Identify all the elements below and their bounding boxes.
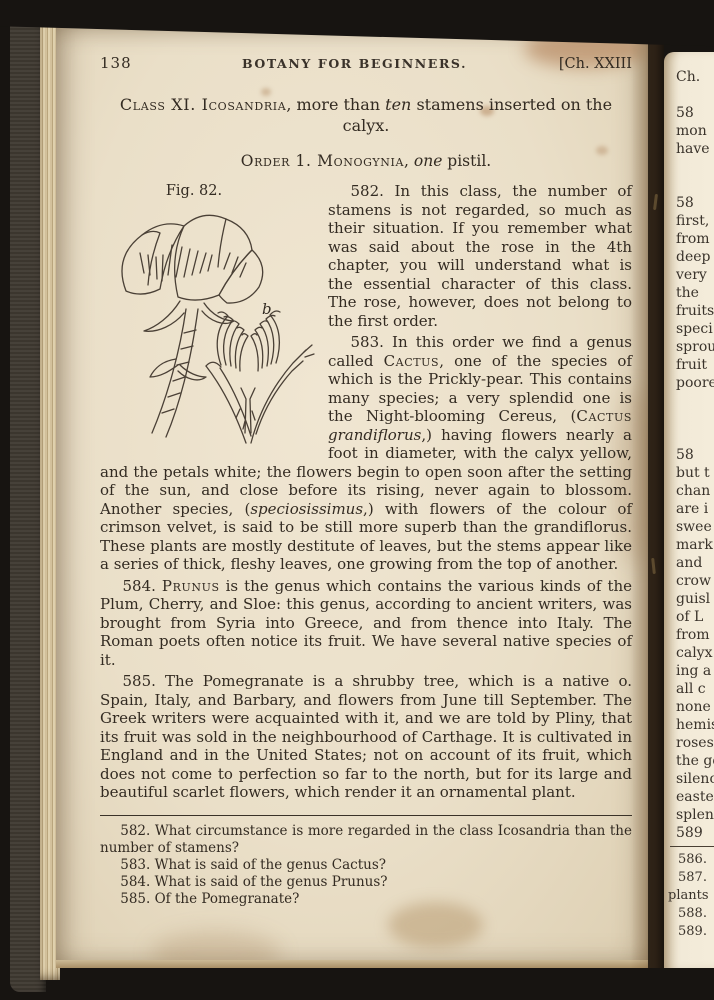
text-line: deep bbox=[676, 248, 714, 266]
text-line: mark bbox=[676, 536, 714, 554]
text-line: are i bbox=[676, 500, 714, 518]
text-line: speci bbox=[676, 320, 714, 338]
class-heading: Class XI. Icosandria, more than ten stam… bbox=[114, 94, 619, 136]
footnote-rule bbox=[100, 815, 632, 816]
text-line: fruit bbox=[676, 356, 714, 374]
questions-list: 582. What circumstance is more regarded … bbox=[100, 823, 632, 908]
paper-stain bbox=[388, 902, 483, 948]
text-line bbox=[676, 410, 714, 428]
text-line: 589 bbox=[676, 824, 714, 842]
text-line: have bbox=[676, 140, 714, 158]
text-line: 58 bbox=[676, 194, 714, 212]
question-item: 585. Of the Pomegranate? bbox=[100, 891, 632, 908]
page-header: 138 BOTANY FOR BEGINNERS. [Ch. XXIII bbox=[100, 54, 632, 74]
binding-thread bbox=[651, 558, 656, 574]
text-line: the go bbox=[676, 752, 714, 770]
paragraph-584: 584. Prunus is the genus which contains … bbox=[100, 577, 632, 670]
text-line: calyx bbox=[676, 644, 714, 662]
text-line bbox=[676, 86, 714, 104]
text-line: from bbox=[676, 230, 714, 248]
text-line: ing a bbox=[676, 662, 714, 680]
text-line bbox=[676, 428, 714, 446]
text-line: Ch. bbox=[676, 68, 714, 86]
text-line: splen bbox=[676, 806, 714, 824]
text-line: 58 bbox=[676, 104, 714, 122]
order-heading: Order 1. Monogynia, one pistil. bbox=[100, 152, 632, 171]
question-item: 583. What is said of the genus Cactus? bbox=[100, 857, 632, 874]
text-line: 586. bbox=[678, 851, 714, 869]
text-line: 588. bbox=[678, 905, 714, 923]
left-page: 138 BOTANY FOR BEGINNERS. [Ch. XXIII Cla… bbox=[56, 26, 648, 968]
page-content: 138 BOTANY FOR BEGINNERS. [Ch. XXIII Cla… bbox=[56, 26, 648, 908]
text-line: plants bbox=[668, 887, 714, 905]
page-bottom-edge bbox=[56, 960, 648, 968]
flower-illustration bbox=[100, 203, 318, 451]
body-text: Fig. 82. bbox=[100, 182, 632, 802]
text-line: but t bbox=[676, 464, 714, 482]
text-line: all c bbox=[676, 680, 714, 698]
text-line: fruits bbox=[676, 302, 714, 320]
book-photo: 138 BOTANY FOR BEGINNERS. [Ch. XXIII Cla… bbox=[0, 0, 714, 1000]
binding-thread bbox=[653, 194, 658, 210]
text-line: of L bbox=[676, 608, 714, 626]
next-page-sliver: Ch.58monhave58first,fromdeepverythefruit… bbox=[664, 52, 714, 968]
page-number: 138 bbox=[100, 54, 172, 73]
figure-part-label: b bbox=[262, 300, 272, 319]
text-line: silenc bbox=[676, 770, 714, 788]
text-line: first, bbox=[676, 212, 714, 230]
text-line: very bbox=[676, 266, 714, 284]
page-gutter bbox=[630, 26, 664, 968]
text-line: the bbox=[676, 284, 714, 302]
text-line: hemis bbox=[676, 716, 714, 734]
text-line: easter bbox=[676, 788, 714, 806]
text-line: mon bbox=[676, 122, 714, 140]
figure-label: Fig. 82. bbox=[100, 182, 288, 201]
chapter-reference: [Ch. XXIII bbox=[537, 55, 632, 74]
question-item: 582. What circumstance is more regarded … bbox=[100, 823, 632, 857]
text-line: chan bbox=[676, 482, 714, 500]
next-page-footnote-rule bbox=[670, 846, 714, 847]
text-line: from bbox=[676, 626, 714, 644]
text-line: poore bbox=[676, 374, 714, 392]
next-page-footnote-fragments: 586.587.plants588.589. bbox=[664, 851, 714, 941]
next-page-text-fragments: Ch.58monhave58first,fromdeepverythefruit… bbox=[664, 52, 714, 842]
text-line: 58 bbox=[676, 446, 714, 464]
text-line bbox=[676, 158, 714, 176]
text-line: 587. bbox=[678, 869, 714, 887]
question-item: 584. What is said of the genus Prunus? bbox=[100, 874, 632, 891]
text-line: none bbox=[676, 698, 714, 716]
text-line: crow bbox=[676, 572, 714, 590]
paragraph-585: 585. The Pomegranate is a shrubby tree, … bbox=[100, 672, 632, 802]
text-line: swee bbox=[676, 518, 714, 536]
text-line: roses bbox=[676, 734, 714, 752]
text-line: 589. bbox=[678, 923, 714, 941]
text-line: guisl bbox=[676, 590, 714, 608]
text-line: and bbox=[676, 554, 714, 572]
text-line: sprou bbox=[676, 338, 714, 356]
text-line bbox=[676, 392, 714, 410]
text-line bbox=[676, 176, 714, 194]
running-title: BOTANY FOR BEGINNERS. bbox=[172, 55, 537, 74]
figure-82: Fig. 82. bbox=[100, 182, 318, 451]
